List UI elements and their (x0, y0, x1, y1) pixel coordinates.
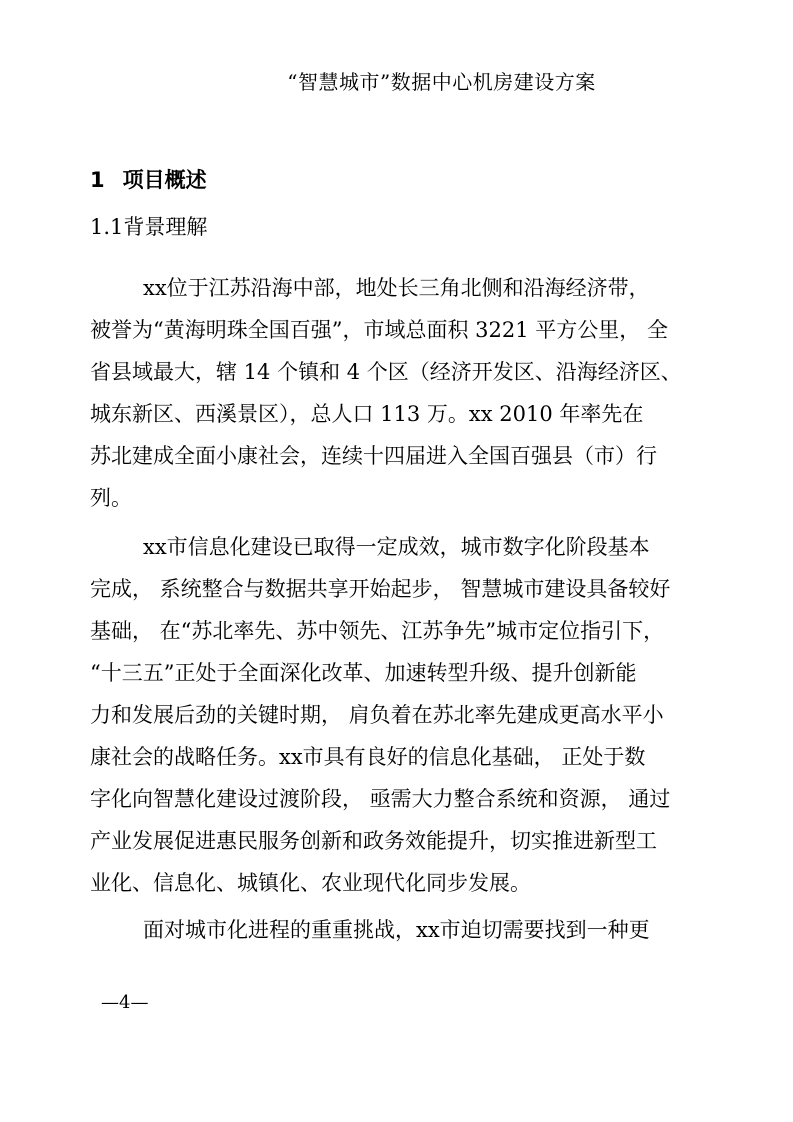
paragraph-line: 被誉为“黄海明珠全国百强”，市域总面积 3221 平方公里， 全 (90, 316, 668, 344)
section-title: 项目概述 (123, 168, 207, 192)
paragraph-line: 业化、信息化、城镇化、农业现代化同步发展。 (90, 869, 531, 897)
paragraph-line: 城东新区、西溪景区），总人口 113 万。xx 2010 年率先在 (90, 400, 643, 428)
section-number: 1 (90, 168, 105, 192)
paragraph-line: 面对城市化进程的重重挑战，xx市迫切需要找到一种更 (143, 916, 650, 944)
paragraph-line: 康社会的战略任务。xx市具有良好的信息化基础， 正处于数 (90, 743, 645, 771)
section-heading: 1项目概述 (90, 164, 207, 194)
paragraph-line: 完成， 系统整合与数据共享开始起步， 智慧城市建设具备较好 (90, 575, 670, 603)
paragraph-line: xx市信息化建设已取得一定成效，城市数字化阶段基本 (143, 533, 650, 561)
paragraph-line: 列。 (90, 484, 132, 512)
page-number: —4— (101, 992, 148, 1013)
paragraph-line: “十三五”正处于全面深化改革、加速转型升级、提升创新能 (90, 659, 636, 687)
paragraph-line: 省县域最大，辖 14 个镇和 4 个区（经济开发区、沿海经济区、 (90, 358, 682, 386)
paragraph-line: 苏北建成全面小康社会，连续十四届进入全国百强县（市）行 (90, 442, 657, 470)
page-header-title: “智慧城市”数据中心机房建设方案 (0, 66, 793, 95)
paragraph-line: 力和发展后劲的关键时期， 肩负着在苏北率先建成更高水平小 (90, 701, 664, 729)
paragraph-line: 基础， 在“苏北率先、苏中领先、江苏争先”城市定位指引下， (90, 617, 664, 645)
subsection-heading: 1.1背景理解 (90, 211, 207, 241)
paragraph-line: xx位于江苏沿海中部，地处长三角北侧和沿海经济带， (143, 274, 650, 302)
paragraph-line: 字化向智慧化建设过渡阶段， 亟需大力整合系统和资源， 通过 (90, 785, 670, 813)
paragraph-line: 产业发展促进惠民服务创新和政务效能提升，切实推进新型工 (90, 827, 657, 855)
